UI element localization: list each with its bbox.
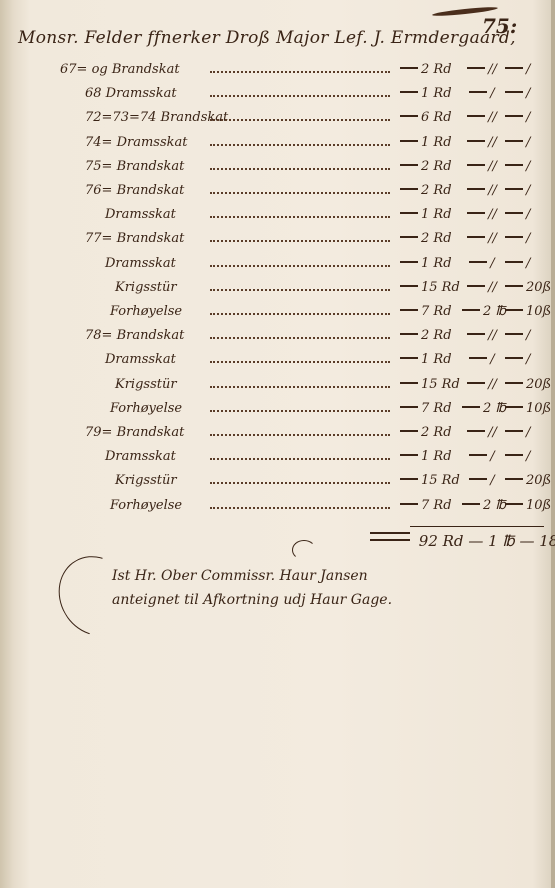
entry-schilling: 10ß [505,304,547,319]
ledger-row: 79= Brandskat2 Rd/// [0,425,555,447]
entry-label: Dramsskat [105,449,176,464]
entry-mark: // [462,110,502,125]
entry-rigsdaler: 1 Rd [400,449,455,464]
dotted-leader [210,482,390,484]
ledger-row: 72=73=74 Brandskat6 Rd/// [0,110,555,132]
dotted-leader [210,216,390,218]
entry-label: 79= Brandskat [85,425,184,440]
dotted-leader [210,289,390,291]
entry-mark: / [462,473,502,488]
entry-mark: // [462,159,502,174]
dotted-leader [210,265,390,267]
entry-schilling: / [505,159,547,174]
manuscript-page: 75: Monsr. Felder ffnerker Droß Major Le… [0,0,555,888]
dotted-leader [210,361,390,363]
entry-mark: // [462,231,502,246]
entry-schilling: / [505,231,547,246]
ledger-row: 75= Brandskat2 Rd/// [0,159,555,181]
dotted-leader [210,434,390,436]
ledger-row: Forhøyelse7 Rd2 ℔10ß [0,401,555,423]
entry-label: Dramsskat [105,207,176,222]
double-rule [370,532,410,541]
ledger-row: Krigsstür15 Rd//20ß [0,280,555,302]
entry-schilling: / [505,207,547,222]
ledger-total: 92 Rd — 1 ℔ — 18ß [370,532,555,550]
ledger-row: Dramsskat1 Rd// [0,256,555,278]
entry-rigsdaler: 1 Rd [400,135,455,150]
dotted-leader [210,507,390,509]
entry-mark: / [462,449,502,464]
entry-mark: / [462,86,502,101]
note-line-1: Ist Hr. Ober Commissr. Haur Jansen [112,568,368,584]
entry-label: Forhøyelse [110,401,182,416]
ledger-row: 74= Dramsskat1 Rd/// [0,135,555,157]
entry-mark: // [462,425,502,440]
entry-rigsdaler: 7 Rd [400,401,455,416]
note-line-2: anteignet til Afkortning udj Haur Gage. [112,592,392,608]
entry-mark: // [462,280,502,295]
entry-label: 74= Dramsskat [85,135,187,150]
entry-label: 72=73=74 Brandskat [85,110,228,125]
entry-schilling: / [505,328,547,343]
entry-rigsdaler: 7 Rd [400,498,455,513]
total-rd: 92 Rd [419,532,464,550]
entry-schilling: / [505,110,547,125]
entry-rigsdaler: 2 Rd [400,183,455,198]
entry-schilling: 20ß [505,377,547,392]
entry-rigsdaler: 1 Rd [400,86,455,101]
ledger-row: Forhøyelse7 Rd2 ℔10ß [0,498,555,520]
heading-text: Monsr. Felder ffnerker Droß Major Lef. J… [18,28,516,48]
dotted-leader [210,144,390,146]
entry-label: Dramsskat [105,352,176,367]
dotted-leader [210,119,390,121]
entry-mark: // [462,207,502,222]
ledger-row: 67= og Brandskat2 Rd/// [0,62,555,84]
entry-mark: // [462,328,502,343]
ledger-row: Dramsskat1 Rd// [0,352,555,374]
ledger-row: Krigsstür15 Rd//20ß [0,377,555,399]
entry-rigsdaler: 15 Rd [400,473,455,488]
total-sk: 1 ℔ [488,532,515,550]
entry-mark: // [462,183,502,198]
dotted-leader [210,192,390,194]
entry-schilling: / [505,183,547,198]
entry-schilling: 20ß [505,280,547,295]
ledger-row: Dramsskat1 Rd/// [0,207,555,229]
entry-rigsdaler: 1 Rd [400,207,455,222]
entry-rigsdaler: 1 Rd [400,256,455,271]
ledger-row: 78= Brandskat2 Rd/// [0,328,555,350]
entry-mark: 2 ℔ [462,304,502,319]
entry-schilling: 20ß [505,473,547,488]
entry-mark: / [462,256,502,271]
entry-rigsdaler: 2 Rd [400,328,455,343]
entry-rigsdaler: 6 Rd [400,110,455,125]
dotted-leader [210,458,390,460]
entry-label: 76= Brandskat [85,183,184,198]
dotted-leader [210,71,390,73]
entry-mark: 2 ℔ [462,401,502,416]
page-heading: Monsr. Felder ffnerker Droß Major Lef. J… [18,28,516,48]
ledger-row: Forhøyelse7 Rd2 ℔10ß [0,304,555,326]
entry-rigsdaler: 15 Rd [400,280,455,295]
entry-label: 75= Brandskat [85,159,184,174]
dotted-leader [210,168,390,170]
entry-label: Krigsstür [115,473,177,488]
ledger-row: Krigsstür15 Rd/20ß [0,473,555,495]
entry-label: Forhøyelse [110,498,182,513]
ledger-row: 68 Dramsskat1 Rd// [0,86,555,108]
entry-mark: // [462,62,502,77]
ledger-row: 77= Brandskat2 Rd/// [0,231,555,253]
entry-mark: / [462,352,502,367]
total-sh: 18ß [539,532,555,550]
entry-schilling: / [505,135,547,150]
entry-schilling: / [505,256,547,271]
dotted-leader [210,95,390,97]
entry-rigsdaler: 2 Rd [400,159,455,174]
entry-label: Forhøyelse [110,304,182,319]
entry-schilling: / [505,86,547,101]
entry-mark: // [462,135,502,150]
entry-label: Krigsstür [115,377,177,392]
entry-mark: // [462,377,502,392]
dotted-leader [210,386,390,388]
entry-rigsdaler: 2 Rd [400,62,455,77]
total-rule [410,526,544,527]
entry-rigsdaler: 7 Rd [400,304,455,319]
dotted-leader [210,410,390,412]
ledger-row: 76= Brandskat2 Rd/// [0,183,555,205]
entry-rigsdaler: 1 Rd [400,352,455,367]
entry-rigsdaler: 15 Rd [400,377,455,392]
dotted-leader [210,240,390,242]
total-flourish [292,540,316,560]
entry-label: 78= Brandskat [85,328,184,343]
entry-schilling: / [505,352,547,367]
ledger-row: Dramsskat1 Rd// [0,449,555,471]
entry-label: 77= Brandskat [85,231,184,246]
entry-rigsdaler: 2 Rd [400,425,455,440]
entry-mark: 2 ℔ [462,498,502,513]
entry-schilling: / [505,425,547,440]
dotted-leader [210,313,390,315]
entry-rigsdaler: 2 Rd [400,231,455,246]
entry-label: 67= og Brandskat [60,62,180,77]
entry-label: Dramsskat [105,256,176,271]
entry-label: 68 Dramsskat [85,86,177,101]
dotted-leader [210,337,390,339]
entry-schilling: / [505,449,547,464]
entry-label: Krigsstür [115,280,177,295]
entry-schilling: / [505,62,547,77]
entry-schilling: 10ß [505,498,547,513]
entry-schilling: 10ß [505,401,547,416]
